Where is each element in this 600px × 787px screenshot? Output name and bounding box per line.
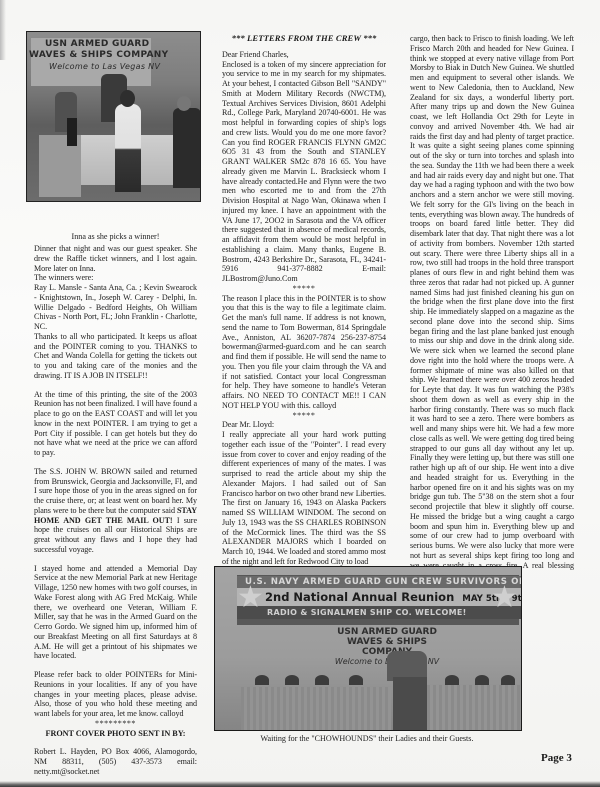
photo-inna-raffle: USN ARMED GUARD WAVES & SHIPS COMPANY We… [26, 31, 201, 202]
separator-stars: ***** [222, 284, 386, 294]
page-edge-shadow [0, 781, 600, 787]
page-number: Page 3 [541, 752, 572, 764]
star-icon: ★ [237, 583, 264, 613]
photo-caption: Waiting for the "CHOWHOUNDS" their Ladie… [214, 734, 520, 743]
star-icon: ★ [491, 583, 518, 613]
photo-reunion-banquet: U.S. NAVY ARMED GUARD GUN CREW SURVIVORS… [214, 566, 522, 731]
column-3: cargo, then back to Frisco to finish loa… [410, 34, 574, 580]
section-heading: FRONT COVER PHOTO SENT IN BY: [34, 729, 197, 739]
paragraph: Dinner that night and was our guest spea… [34, 244, 197, 273]
letter-body: Enclosed is a token of my sincere apprec… [222, 60, 386, 284]
separator-stars: ********* [34, 719, 197, 729]
photo-podium [393, 677, 427, 731]
credit-text: Robert L. Hayden, PO Box 4066, Alamogord… [34, 747, 197, 776]
paragraph: I stayed home and attended a Memorial Da… [34, 564, 197, 662]
paragraph: The winners were: [34, 273, 197, 283]
photo-person-inna [115, 104, 141, 192]
separator-stars: ***** [222, 411, 386, 421]
banquet-table [241, 687, 391, 731]
section-heading: *** LETTERS FROM THE CREW *** [222, 34, 386, 44]
column-1: Dinner that night and was our guest spea… [34, 244, 197, 777]
reunion-banner-text: RADIO & SIGNALMEN SHIP CO. WELCOME! [237, 606, 522, 619]
photo-caption: Inna as she picks a winner! [34, 232, 197, 241]
photo-banner-text: Welcome to Las Vegas NV [49, 62, 169, 72]
editor-note: The reason I place this in the POINTER i… [222, 294, 386, 411]
newsletter-page: USN ARMED GUARD WAVES & SHIPS COMPANY We… [0, 0, 600, 787]
banquet-table [427, 685, 522, 731]
page-edge-shadow [0, 0, 6, 60]
paragraph: Please refer back to older POINTERs for … [34, 670, 197, 719]
photo-banner-text: USN ARMED GUARD [45, 39, 165, 49]
paragraph: Thanks to all who participated. It keeps… [34, 332, 197, 381]
column-2: *** LETTERS FROM THE CREW *** Dear Frien… [222, 34, 386, 567]
letter-body-continued: cargo, then back to Frisco to finish loa… [410, 34, 574, 580]
letter-body: I really appreciate all your hard work p… [222, 430, 386, 567]
paragraph: The S.S. JOHN W. BROWN sailed and return… [34, 467, 197, 555]
winners-list: Ray L. Mansle - Santa Ana, Ca. ; Kevin S… [34, 283, 197, 332]
reunion-banner-text: 2nd National Annual ReunionMAY 5th - 9th… [237, 588, 522, 606]
reunion-banner-text: U.S. NAVY ARMED GUARD GUN CREW SURVIVORS… [237, 576, 522, 588]
photo-banner-text: WAVES & SHIPS COMPANY [29, 50, 149, 60]
paragraph: At the time of this printing, the site o… [34, 390, 197, 458]
letter-salutation: Dear Mr. Lloyd: [222, 420, 386, 430]
letter-salutation: Dear Friend Charles, [222, 50, 386, 60]
